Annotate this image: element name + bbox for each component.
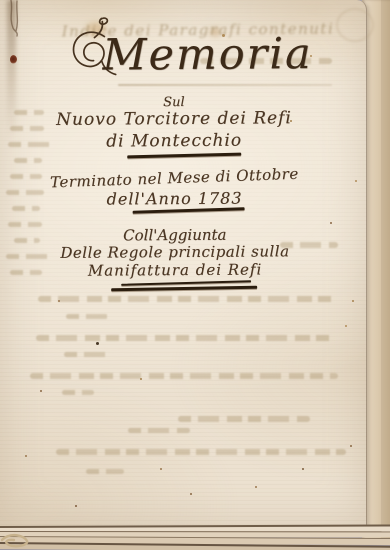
binding-thread-bottom-icon: [0, 528, 48, 550]
subtitle-line-2: Nuovo Torcitore dei Refi: [0, 108, 349, 130]
manuscript-title-page: Indice dei Paragrafi contenuti Memoria S…: [0, 0, 367, 527]
underline-manifattura-2: [111, 285, 257, 290]
manuscript-photo: Indice dei Paragrafi contenuti Memoria S…: [0, 0, 390, 550]
completion-line-2: dell'Anno 1783: [0, 188, 350, 209]
underline-montecchio: [127, 153, 241, 159]
page-edge-stack: [0, 526, 390, 550]
addendum-line-3: Manifattura dei Refi: [0, 260, 350, 280]
title-block: Memoria Sul Nuovo Torcitore dei Refi di …: [0, 0, 368, 528]
subtitle-line-3: di Montecchio: [0, 130, 349, 152]
underline-manifattura: [121, 280, 251, 286]
document-title: Memoria: [102, 29, 312, 80]
